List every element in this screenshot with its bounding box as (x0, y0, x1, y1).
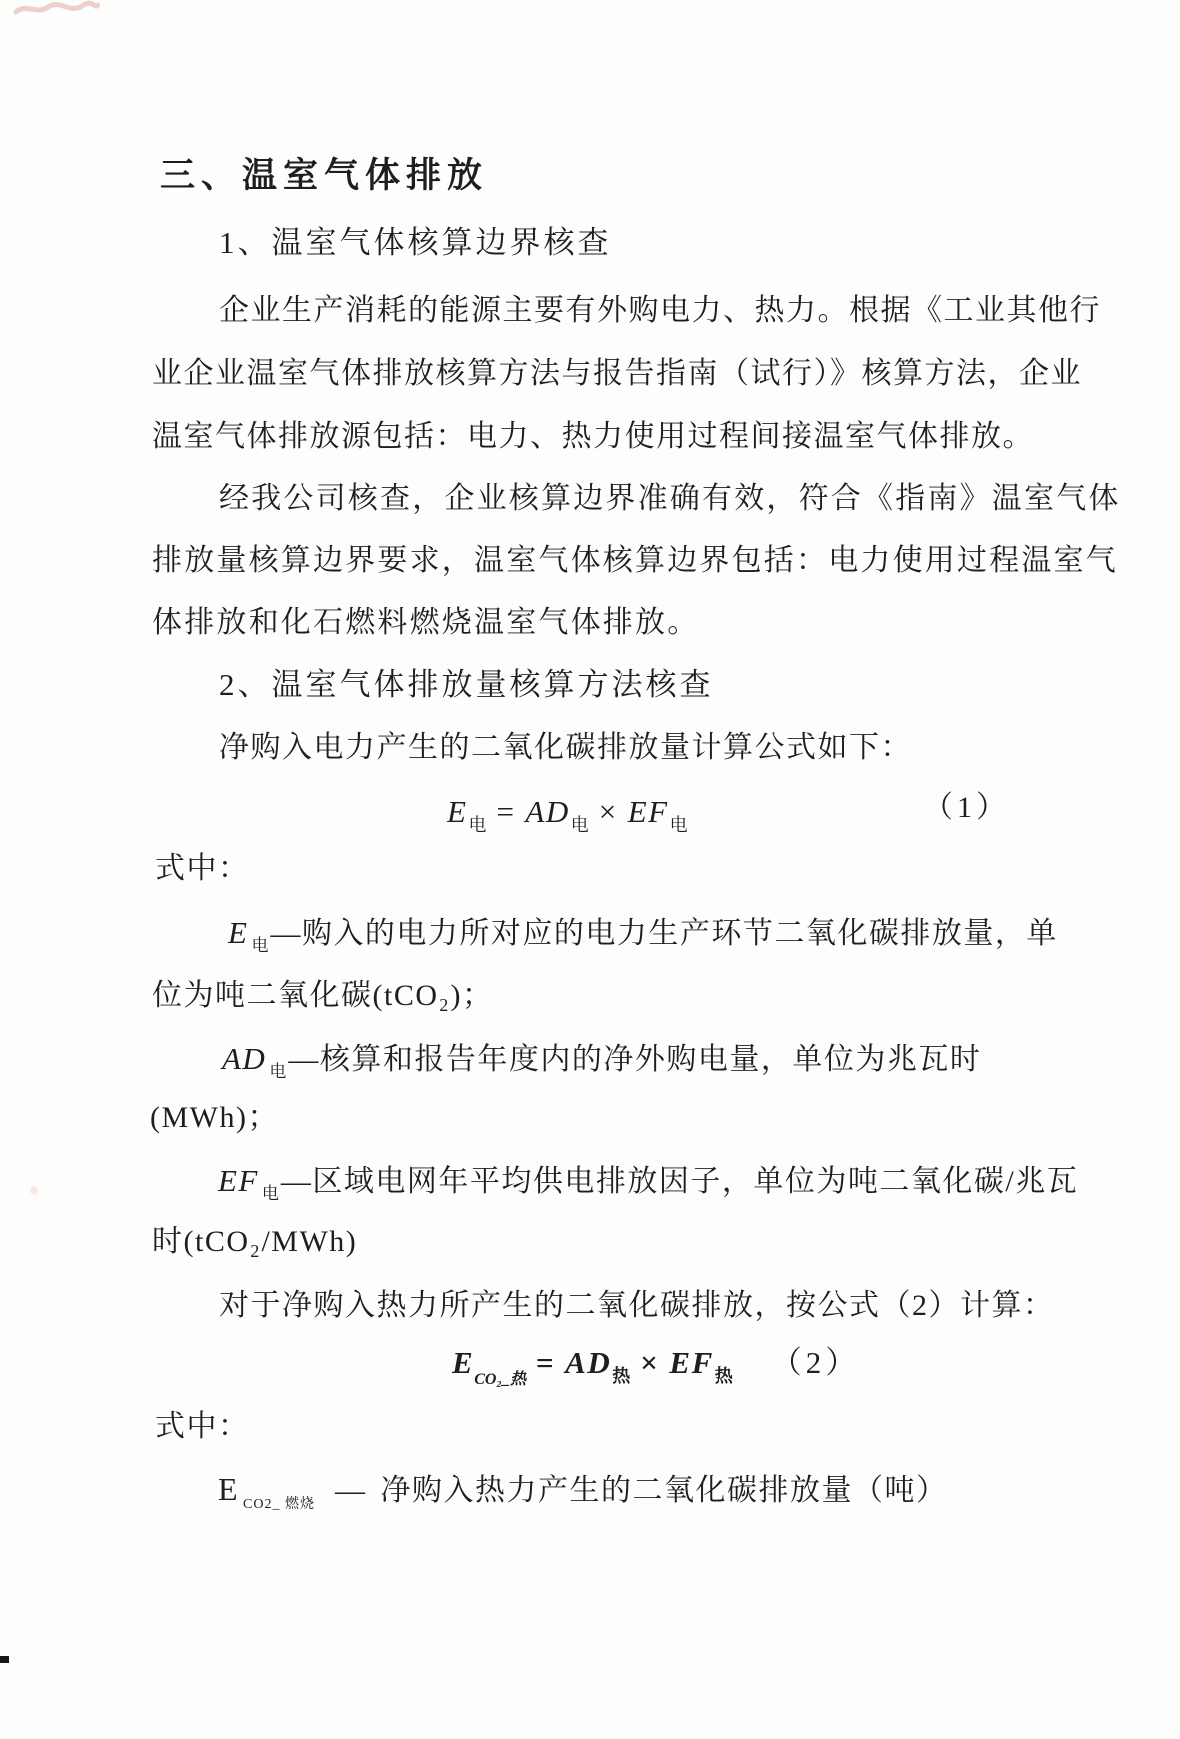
definition-heat-text: 净购入热力产生的二氧化碳排放量（吨） (381, 1474, 948, 1507)
para-4-intro: 对于净购入热力所产生的二氧化碳排放，按公式（2）计算： (219, 1288, 1055, 1324)
scanned-document-page: 三、温室气体排放 1、温室气体核算边界核查 企业生产消耗的能源主要有外购电力、热… (0, 0, 1180, 1739)
formula-2-sub-ef: 热 (715, 1366, 733, 1386)
pink-speck-artifact (30, 1186, 38, 1195)
para-2-line-2: 排放量核算边界要求，温室气体核算边界包括：电力使用过程温室气 (152, 543, 1118, 579)
para-1-line-2: 业企业温室气体排放核算方法与报告指南（试行）》核算方法，企业 (152, 356, 1082, 392)
formula-1-var-e: E (447, 794, 467, 829)
formula-2-sub-ad: 热 (612, 1366, 630, 1386)
para-1-line-3: 温室气体排放源包括：电力、热力使用过程间接温室气体排放。 (152, 419, 1034, 455)
black-edge-mark-artifact (0, 1656, 9, 1663)
formula-1-sub-ad: 电 (571, 815, 589, 835)
definition-e-continuation: 位为吨二氧化碳(tCO₂)； (152, 978, 493, 1014)
subsection-2-heading: 2、温室气体排放量核算方法核查 (219, 666, 714, 703)
definition-ad-text: —核算和报告年度内的净外购电量，单位为兆瓦时 (288, 1043, 981, 1076)
subsection-1-heading: 1、温室气体核算边界核查 (219, 224, 612, 261)
definition-heat-symbol: E (218, 1471, 239, 1507)
definition-ad-symbol: AD (222, 1041, 266, 1076)
para-1-line-1: 企业生产消耗的能源主要有外购电力、热力。根据《工业其他行 (219, 293, 1101, 329)
para-2-line-3: 体排放和化石燃料燃烧温室气体排放。 (152, 605, 699, 641)
formula-1-equals: = (496, 794, 515, 829)
definition-ad-line: AD电—核算和报告年度内的净外购电量，单位为兆瓦时 (222, 1040, 981, 1082)
para-2-line-1: 经我公司核查，企业核算边界准确有效，符合《指南》温室气体 (219, 481, 1121, 517)
formula-2-equals: = (536, 1345, 555, 1380)
formula-2-var-ad: AD (565, 1345, 611, 1380)
definition-ef-symbol: EF (218, 1163, 259, 1198)
formula-1: E电=AD电×EF电 (447, 793, 688, 837)
formula-2-times: × (640, 1345, 659, 1380)
definition-heat-line: ECO2_ 燃烧—净购入热力产生的二氧化碳排放量（吨） (218, 1470, 948, 1514)
formula-1-times: × (599, 794, 618, 829)
definition-ad-subscript: 电 (269, 1062, 286, 1081)
definition-heat-dash: — (335, 1474, 367, 1507)
formula-2: ECO₂_热=AD热×EF热（2） (452, 1344, 860, 1389)
definition-e-text: —购入的电力所对应的电力生产环节二氧化碳排放量，单 (270, 917, 1058, 950)
formula-1-var-ef: EF (628, 794, 669, 829)
shizhong-label-1: 式中： (155, 851, 250, 887)
definition-ef-text: —区域电网年平均供电排放因子，单位为吨二氧化碳/兆瓦 (281, 1165, 1078, 1198)
definition-ad-continuation: (MWh)； (150, 1100, 279, 1136)
red-pen-scribble-artifact (12, 0, 100, 20)
formula-2-var-e: E (452, 1345, 474, 1380)
formula-1-sub-e: 电 (468, 815, 486, 835)
definition-ef-line: EF电—区域电网年平均供电排放因子，单位为吨二氧化碳/兆瓦 (218, 1162, 1078, 1204)
formula-2-var-ef: EF (669, 1345, 713, 1380)
formula-2-number: （2） (771, 1345, 861, 1380)
formula-1-sub-ef: 电 (670, 815, 688, 835)
formula-2-sub-e: CO₂_热 (474, 1371, 526, 1388)
definition-e-line: E电—购入的电力所对应的电力生产环节二氧化碳排放量，单 (228, 914, 1058, 956)
para-3-intro: 净购入电力产生的二氧化碳排放量计算公式如下： (219, 730, 912, 766)
definition-ef-continuation: 时(tCO₂/MWh) (152, 1224, 357, 1260)
shizhong-label-2: 式中： (155, 1409, 250, 1445)
section-title: 三、温室气体排放 (160, 155, 488, 197)
definition-e-subscript: 电 (251, 936, 268, 955)
definition-ef-subscript: 电 (262, 1184, 279, 1203)
formula-1-number: （1） (923, 790, 1010, 826)
formula-1-var-ad: AD (525, 794, 569, 829)
definition-heat-subscript: CO2_ 燃烧 (243, 1497, 315, 1512)
definition-e-symbol: E (228, 915, 248, 950)
